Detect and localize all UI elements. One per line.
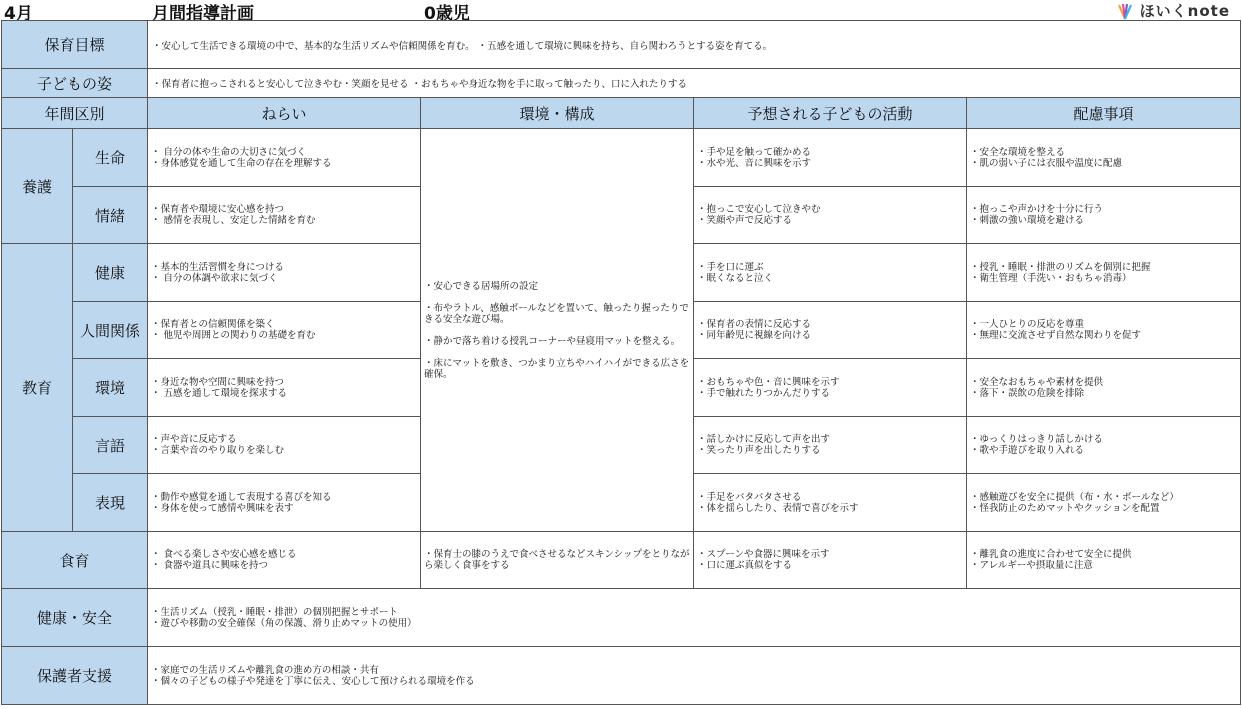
row-label: 環境 xyxy=(73,359,148,417)
consideration-cell: ・ゆっくりはっきり話しかける・歌や手遊びを取り入れる xyxy=(967,417,1241,474)
food-consideration-cell: ・離乳食の進度に合わせて安全に提供・アレルギーや摂取量に注意 xyxy=(967,532,1241,589)
group-education: 教育 xyxy=(2,244,73,532)
goals-row: 保育目標 ・安心して生活できる環境の中で、基本的な生活リズムや信頼関係を育む。 … xyxy=(2,21,1241,69)
consideration-cell: ・安全なおもちゃや素材を提供・落下・誤飲の危険を排除 xyxy=(967,359,1241,417)
col-aim: ねらい xyxy=(148,98,421,129)
food-environment-cell: ・保育士の膝のうえで食べさせるなどスキンシップをとりながら楽しく食事をする xyxy=(421,532,694,589)
col-consideration: 配慮事項 xyxy=(967,98,1241,129)
row-label: 人間関係 xyxy=(73,302,148,359)
activity-cell: ・話しかけに反応して声を出す・笑ったり声を出したりする xyxy=(694,417,967,474)
parent-support-label: 保護者支援 xyxy=(2,647,148,705)
food-row: 食育 ・ 食べる楽しさや安心感を感じる・ 食器や道具に興味を持つ ・保育士の膝の… xyxy=(2,532,1241,589)
consideration-cell: ・感触遊びを安全に提供（布・水・ボールなど）・怪我防止のためマットやクッションを… xyxy=(967,474,1241,532)
aim-cell: ・保育者との信頼関係を築く・ 他児や周囲との関わりの基礎を育む xyxy=(148,302,421,359)
aim-cell: ・身近な物や空間に興味を持つ・ 五感を通して環境を探求する xyxy=(148,359,421,417)
consideration-cell: ・一人ひとりの反応を尊重・無理に交流させず自然な関わりを促す xyxy=(967,302,1241,359)
child-state-row: 子どもの姿 ・保育者に抱っこされると安心して泣きやむ・笑顔を見せる ・おもちゃや… xyxy=(2,69,1241,98)
activity-cell: ・手や足を触って確かめる・水や光、音に興味を示す xyxy=(694,129,967,187)
logo-text: ほいくnote xyxy=(1140,0,1230,21)
child-state-label: 子どもの姿 xyxy=(2,69,148,98)
food-aim-cell: ・ 食べる楽しさや安心感を感じる・ 食器や道具に興味を持つ xyxy=(148,532,421,589)
consideration-cell: ・安全な環境を整える・肌の弱い子には衣服や温度に配慮 xyxy=(967,129,1241,187)
row-label: 情緒 xyxy=(73,187,148,244)
parent-support-row: 保護者支援 ・家庭での生活リズムや離乳食の進め方の相談・共有・個々の子どもの様子… xyxy=(2,647,1241,705)
logo: ほいくnote xyxy=(1116,0,1230,21)
food-label: 食育 xyxy=(2,532,148,589)
aim-cell: ・声や音に反応する・言葉や音のやり取りを楽しむ xyxy=(148,417,421,474)
col-activity: 予想される子どもの活動 xyxy=(694,98,967,129)
aim-cell: ・動作や感覚を通して表現する喜びを知る・身体を使って感情や興味を表す xyxy=(148,474,421,532)
activity-cell: ・手を口に運ぶ・眠くなると泣く xyxy=(694,244,967,302)
child-state-text: ・保育者に抱っこされると安心して泣きやむ・笑顔を見せる ・おもちゃや身近な物を手… xyxy=(148,69,1241,98)
food-activity-cell: ・スプーンや食器に興味を示す・口に運ぶ真似をする xyxy=(694,532,967,589)
row-label: 生命 xyxy=(73,129,148,187)
consideration-cell: ・授乳・睡眠・排泄のリズムを個別に把握・衛生管理（手洗い・おもちゃ消毒） xyxy=(967,244,1241,302)
goals-label: 保育目標 xyxy=(2,21,148,69)
table-row: 養護 生命 ・ 自分の体や生命の大切さに気づく・身体感覚を通して生命の存在を理解… xyxy=(2,129,1241,187)
health-safety-label: 健康・安全 xyxy=(2,589,148,647)
col-category: 年間区別 xyxy=(2,98,148,129)
row-label: 表現 xyxy=(73,474,148,532)
activity-cell: ・おもちゃや色・音に興味を示す・手で触れたりつかんだりする xyxy=(694,359,967,417)
aim-cell: ・ 自分の体や生命の大切さに気づく・身体感覚を通して生命の存在を理解する xyxy=(148,129,421,187)
col-environment: 環境・構成 xyxy=(421,98,694,129)
row-label: 言語 xyxy=(73,417,148,474)
plan-table: 保育目標 ・安心して生活できる環境の中で、基本的な生活リズムや信頼関係を育む。 … xyxy=(1,20,1241,705)
health-safety-text: ・生活リズム（授乳・睡眠・排泄）の個別把握とサポート・遊びや移動の安全確保（角の… xyxy=(148,589,1241,647)
environment-shared-cell: ・安心できる居場所の設定 ・布やラトル、感触ボールなどを置いて、触ったり握ったり… xyxy=(421,129,694,532)
goals-text: ・安心して生活できる環境の中で、基本的な生活リズムや信頼関係を育む。 ・五感を通… xyxy=(148,21,1241,69)
consideration-cell: ・抱っこや声かけを十分に行う・刺激の強い環境を避ける xyxy=(967,187,1241,244)
activity-cell: ・抱っこで安心して泣きやむ・笑顔や声で反応する xyxy=(694,187,967,244)
activity-cell: ・手足をバタバタさせる・体を揺らしたり、表情で喜びを示す xyxy=(694,474,967,532)
group-care: 養護 xyxy=(2,129,73,244)
logo-feather-icon xyxy=(1116,2,1134,20)
column-header-row: 年間区別 ねらい 環境・構成 予想される子どもの活動 配慮事項 xyxy=(2,98,1241,129)
aim-cell: ・基本的生活習慣を身につける・ 自分の体調や欲求に気づく xyxy=(148,244,421,302)
title-bar: 4月 月間指導計画 0歳児 ほいくnote xyxy=(0,0,1242,20)
health-safety-row: 健康・安全 ・生活リズム（授乳・睡眠・排泄）の個別把握とサポート・遊びや移動の安… xyxy=(2,589,1241,647)
parent-support-text: ・家庭での生活リズムや離乳食の進め方の相談・共有・個々の子どもの様子や発達を丁寧… xyxy=(148,647,1241,705)
row-label: 健康 xyxy=(73,244,148,302)
aim-cell: ・保育者や環境に安心感を持つ・ 感情を表現し、安定した情緒を育む xyxy=(148,187,421,244)
activity-cell: ・保育者の表情に反応する・同年齢児に視線を向ける xyxy=(694,302,967,359)
